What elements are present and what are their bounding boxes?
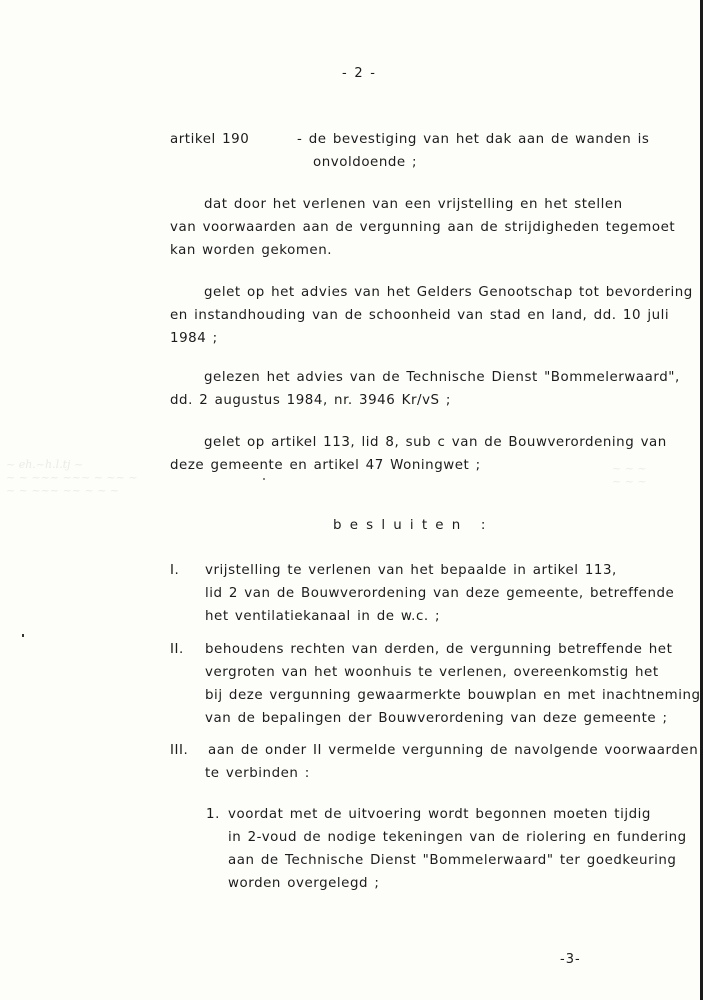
paragraph-line: dat door het verlenen van een vrijstelli…	[204, 193, 623, 216]
paragraph-line: gelet op het advies van het Gelders Geno…	[204, 281, 693, 304]
decision-line: bij deze vergunning gewaarmerkte bouwpla…	[205, 684, 701, 707]
paragraph-line: 1984 ;	[170, 327, 218, 350]
paragraph-line: dd. 2 augustus 1984, nr. 3946 Kr/vS ;	[170, 389, 451, 412]
scan-speck	[263, 478, 265, 480]
condition-line: worden overgelegd ;	[228, 872, 379, 895]
decision-numeral: I.	[170, 559, 179, 582]
decision-line: te verbinden :	[205, 762, 310, 785]
decision-line: vergroten van het woonhuis te verlenen, …	[205, 661, 659, 684]
article-line: - de bevestiging van het dak aan de wand…	[297, 128, 649, 151]
condition-line: aan de Technische Dienst "Bommelerwaard"…	[228, 849, 676, 872]
article-label: artikel 190	[170, 128, 249, 151]
page-header-number: - 2 -	[342, 62, 376, 85]
decision-line: van de bepalingen der Bouwverordening va…	[205, 707, 668, 730]
paragraph-line: gelezen het advies van de Technische Die…	[204, 366, 680, 389]
document-page: ~ eh.~h.l.tj ~ ~ ~ ~~~ ~~~ ~ ~~ ~ ~ ~ ~~…	[0, 0, 700, 1000]
condition-line: voordat met de uitvoering wordt begonnen…	[228, 803, 651, 826]
decision-line: vrijstelling te verlenen van het bepaald…	[205, 559, 617, 582]
paragraph-line: kan worden gekomen.	[170, 239, 332, 262]
decision-line: lid 2 van de Bouwverordening van deze ge…	[205, 582, 674, 605]
page-footer-next: -3-	[560, 948, 581, 971]
paragraph-line: deze gemeente en artikel 47 Woningwet ;	[170, 454, 481, 477]
article-line: onvoldoende ;	[313, 151, 417, 174]
decision-line: aan de onder II vermelde vergunning de n…	[208, 739, 698, 762]
bleed-through-text-right: ~ ~ ~ ~ ~ ~	[612, 462, 647, 488]
decision-numeral: II.	[170, 638, 184, 661]
decision-heading: besluiten :	[333, 514, 494, 537]
scan-speck	[22, 634, 24, 637]
bleed-through-text: ~ eh.~h.l.tj ~ ~ ~ ~~~ ~~~ ~ ~~ ~ ~ ~ ~~…	[6, 458, 138, 497]
paragraph-line: van voorwaarden aan de vergunning aan de…	[170, 216, 675, 239]
paragraph-line: en instandhouding van de schoonheid van …	[170, 304, 669, 327]
condition-number: 1.	[206, 803, 220, 826]
decision-numeral: III.	[170, 739, 188, 762]
condition-line: in 2-voud de nodige tekeningen van de ri…	[228, 826, 687, 849]
decision-line: behoudens rechten van derden, de vergunn…	[205, 638, 672, 661]
paragraph-line: gelet op artikel 113, lid 8, sub c van d…	[204, 431, 667, 454]
decision-line: het ventilatiekanaal in de w.c. ;	[205, 605, 440, 628]
